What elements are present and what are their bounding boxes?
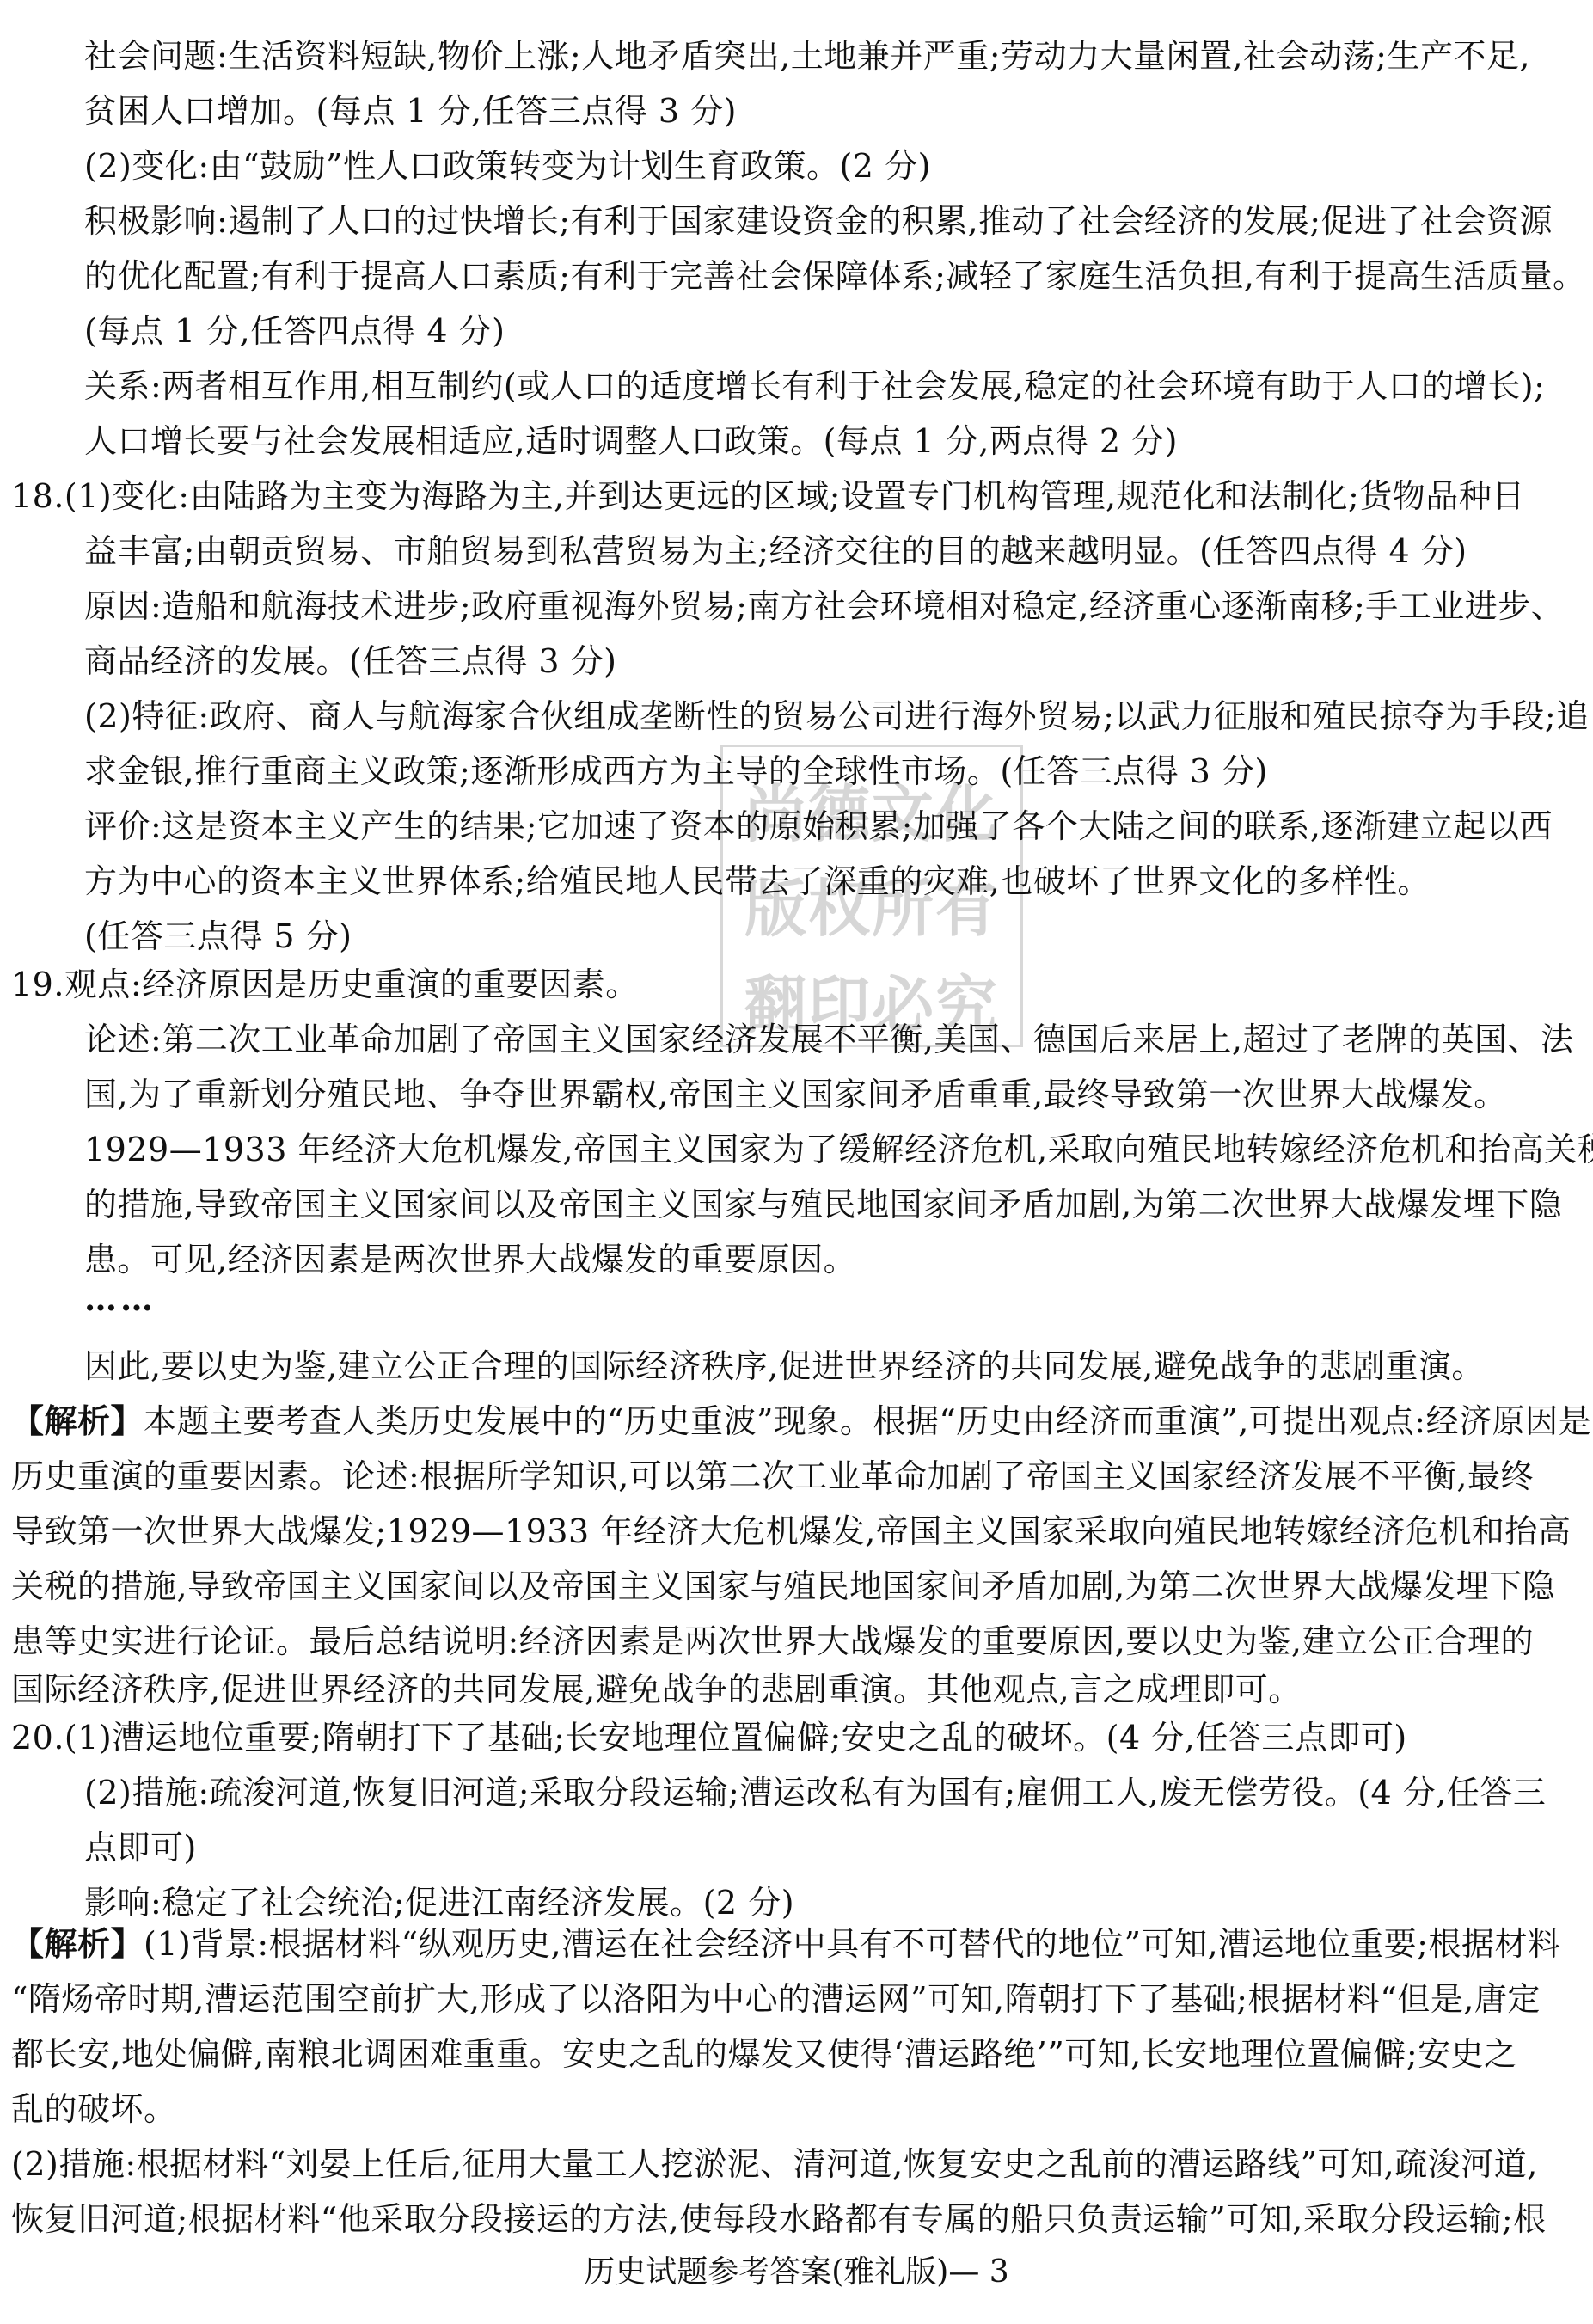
answer-line: 影响:稳定了社会统治;促进江南经济发展。(2 分): [84, 1881, 794, 1924]
answer-line: 乱的破坏。: [11, 2088, 177, 2131]
answer-line: 评价:这是资本主义产生的结果;它加速了资本的原始积累;加强了各个大陆之间的联系,…: [84, 805, 1553, 848]
answer-line: 点即可): [84, 1826, 197, 1869]
answer-line: 1929—1933 年经济大危机爆发,帝国主义国家为了缓解经济危机,采取向殖民地…: [84, 1128, 1593, 1171]
line-text: 商品经济的发展。(任答三点得 3 分): [84, 642, 617, 680]
answer-line: 都长安,地处偏僻,南粮北调困难重重。安史之乱的爆发又使得‘漕运路绝’”可知,长安…: [11, 2033, 1517, 2076]
answer-line: 18.(1)变化:由陆路为主变为海路为主,并到达更远的区域;设置专门机构管理,规…: [11, 475, 1525, 518]
line-text: 18.(1)变化:由陆路为主变为海路为主,并到达更远的区域;设置专门机构管理,规…: [11, 477, 1525, 515]
answer-line: (2)措施:根据材料“刘晏上任后,征用大量工人挖淤泥、清河道,恢复安史之乱前的漕…: [11, 2143, 1538, 2186]
line-text: 关系:两者相互作用,相互制约(或人口的适度增长有利于社会发展,稳定的社会环境有助…: [84, 367, 1545, 405]
line-text: 影响:稳定了社会统治;促进江南经济发展。(2 分): [84, 1884, 794, 1922]
line-text: (2)特征:政府、商人与航海家合伙组成垄断性的贸易公司进行海外贸易;以武力征服和…: [84, 697, 1590, 735]
line-text: 人口增长要与社会发展相适应,适时调整人口政策。(每点 1 分,两点得 2 分): [84, 422, 1178, 460]
answer-text-body: 社会问题:生活资料短缺,物价上涨;人地矛盾突出,土地兼并严重;劳动力大量闲置,社…: [0, 0, 1593, 2324]
line-text: 社会问题:生活资料短缺,物价上涨;人地矛盾突出,土地兼并严重;劳动力大量闲置,社…: [84, 37, 1530, 75]
line-text: 患等史实进行论证。最后总结说明:经济因素是两次世界大战爆发的重要原因,要以史为鉴…: [11, 1622, 1534, 1660]
analysis-tag: 【解析】: [11, 1401, 144, 1440]
line-text: 论述:第二次工业革命加剧了帝国主义国家经济发展不平衡,美国、德国后来居上,超过了…: [84, 1021, 1573, 1058]
answer-line: (2)措施:疏浚河道,恢复旧河道;采取分段运输;漕运改私有为国有;雇佣工人,废无…: [84, 1771, 1546, 1814]
answer-line: 益丰富;由朝贡贸易、市舶贸易到私营贸易为主;经济交往的目的越来越明显。(任答四点…: [84, 530, 1467, 573]
answer-line: 社会问题:生活资料短缺,物价上涨;人地矛盾突出,土地兼并严重;劳动力大量闲置,社…: [84, 34, 1530, 77]
answer-line: 关税的措施,导致帝国主义国家间以及帝国主义国家与殖民地国家间矛盾加剧,为第二次世…: [11, 1565, 1555, 1608]
line-text: 益丰富;由朝贡贸易、市舶贸易到私营贸易为主;经济交往的目的越来越明显。(任答四点…: [84, 532, 1467, 570]
answer-line: (任答三点得 5 分): [84, 915, 352, 958]
line-text: 都长安,地处偏僻,南粮北调困难重重。安史之乱的爆发又使得‘漕运路绝’”可知,长安…: [11, 2035, 1517, 2073]
answer-line: 19.观点:经济原因是历史重演的重要因素。: [11, 963, 639, 1006]
line-text: 国,为了重新划分殖民地、争夺世界霸权,帝国主义国家间矛盾重重,最终导致第一次世界…: [84, 1076, 1507, 1113]
answer-line: 关系:两者相互作用,相互制约(或人口的适度增长有利于社会发展,稳定的社会环境有助…: [84, 365, 1545, 408]
answer-line: 商品经济的发展。(任答三点得 3 分): [84, 640, 617, 683]
line-text: (2)变化:由“鼓励”性人口政策转变为计划生育政策。(2 分): [84, 147, 931, 185]
line-text: 导致第一次世界大战爆发;1929—1933 年经济大危机爆发,帝国主义国家采取向…: [11, 1512, 1571, 1550]
line-text: 恢复旧河道;根据材料“他采取分段接运的方法,使每段水路都有专属的船只负责运输”可…: [11, 2200, 1547, 2238]
line-text: 积极影响:遏制了人口的过快增长;有利于国家建设资金的积累,推动了社会经济的发展;…: [84, 202, 1553, 240]
line-text: 原因:造船和航海技术进步;政府重视海外贸易;南方社会环境相对稳定,经济重心逐渐南…: [84, 587, 1564, 625]
answer-line: 恢复旧河道;根据材料“他采取分段接运的方法,使每段水路都有专属的船只负责运输”可…: [11, 2198, 1547, 2241]
line-text: 方为中心的资本主义世界体系;给殖民地人民带去了深重的灾难,也破坏了世界文化的多样…: [84, 862, 1431, 900]
answer-line: 国,为了重新划分殖民地、争夺世界霸权,帝国主义国家间矛盾重重,最终导致第一次世界…: [84, 1073, 1507, 1116]
answer-line: 积极影响:遏制了人口的过快增长;有利于国家建设资金的积累,推动了社会经济的发展;…: [84, 199, 1553, 242]
line-text: 本题主要考查人类历史发展中的“历史重波”现象。根据“历史由经济而重演”,可提出观…: [144, 1402, 1591, 1440]
line-text: 20.(1)漕运地位重要;隋朝打下了基础;长安地理位置偏僻;安史之乱的破坏。(4…: [11, 1719, 1407, 1757]
answer-line: (2)变化:由“鼓励”性人口政策转变为计划生育政策。(2 分): [84, 144, 931, 187]
answer-line: 患等史实进行论证。最后总结说明:经济因素是两次世界大战爆发的重要原因,要以史为鉴…: [11, 1620, 1534, 1663]
ellipsis-mark: ……: [84, 1279, 156, 1318]
line-text: 贫困人口增加。(每点 1 分,任答三点得 3 分): [84, 92, 737, 130]
line-text: 患。可见,经济因素是两次世界大战爆发的重要原因。: [84, 1241, 856, 1279]
answer-line: ……: [84, 1278, 156, 1321]
answer-line: 导致第一次世界大战爆发;1929—1933 年经济大危机爆发,帝国主义国家采取向…: [11, 1510, 1571, 1553]
answer-line: 国际经济秩序,促进世界经济的共同发展,避免战争的悲剧重演。其他观点,言之成理即可…: [11, 1668, 1302, 1711]
line-text: (任答三点得 5 分): [84, 917, 352, 955]
answer-line: 历史重演的重要因素。论述:根据所学知识,可以第二次工业革命加剧了帝国主义国家经济…: [11, 1455, 1534, 1498]
answer-line: 论述:第二次工业革命加剧了帝国主义国家经济发展不平衡,美国、德国后来居上,超过了…: [84, 1018, 1573, 1061]
answer-line: 因此,要以史为鉴,建立公正合理的国际经济秩序,促进世界经济的共同发展,避免战争的…: [84, 1345, 1485, 1388]
answer-line: 20.(1)漕运地位重要;隋朝打下了基础;长安地理位置偏僻;安史之乱的破坏。(4…: [11, 1716, 1407, 1759]
answer-line: 原因:造船和航海技术进步;政府重视海外贸易;南方社会环境相对稳定,经济重心逐渐南…: [84, 585, 1564, 628]
analysis-paragraph-line: 【解析】(1)背景:根据材料“纵观历史,漕运在社会经济中具有不可替代的地位”可知…: [11, 1922, 1560, 1965]
line-text: 国际经济秩序,促进世界经济的共同发展,避免战争的悲剧重演。其他观点,言之成理即可…: [11, 1671, 1302, 1708]
line-text: 点即可): [84, 1829, 197, 1867]
answer-line: (2)特征:政府、商人与航海家合伙组成垄断性的贸易公司进行海外贸易;以武力征服和…: [84, 695, 1590, 738]
answer-line: 的措施,导致帝国主义国家间以及帝国主义国家与殖民地国家间矛盾加剧,为第二次世界大…: [84, 1183, 1562, 1226]
line-text: 的优化配置;有利于提高人口素质;有利于完善社会保障体系;减轻了家庭生活负担,有利…: [84, 257, 1586, 295]
analysis-paragraph-line: 【解析】本题主要考查人类历史发展中的“历史重波”现象。根据“历史由经济而重演”,…: [11, 1400, 1591, 1443]
line-text: 1929—1933 年经济大危机爆发,帝国主义国家为了缓解经济危机,采取向殖民地…: [84, 1131, 1593, 1168]
line-text: (1)背景:根据材料“纵观历史,漕运在社会经济中具有不可替代的地位”可知,漕运地…: [144, 1925, 1560, 1963]
answer-line: 人口增长要与社会发展相适应,适时调整人口政策。(每点 1 分,两点得 2 分): [84, 420, 1178, 463]
line-text: 历史重演的重要因素。论述:根据所学知识,可以第二次工业革命加剧了帝国主义国家经济…: [11, 1457, 1534, 1495]
answer-line: “隋炀帝时期,漕运范围空前扩大,形成了以洛阳为中心的漕运网”可知,隋朝打下了基础…: [11, 1978, 1541, 2020]
answer-line: 贫困人口增加。(每点 1 分,任答三点得 3 分): [84, 89, 737, 132]
line-text: 求金银,推行重商主义政策;逐渐形成西方为主导的全球性市场。(任答三点得 3 分): [84, 752, 1268, 790]
answer-line: 方为中心的资本主义世界体系;给殖民地人民带去了深重的灾难,也破坏了世界文化的多样…: [84, 860, 1431, 903]
line-text: 因此,要以史为鉴,建立公正合理的国际经济秩序,促进世界经济的共同发展,避免战争的…: [84, 1347, 1485, 1385]
line-text: (2)措施:疏浚河道,恢复旧河道;采取分段运输;漕运改私有为国有;雇佣工人,废无…: [84, 1774, 1546, 1812]
answer-line: 患。可见,经济因素是两次世界大战爆发的重要原因。: [84, 1238, 856, 1281]
line-text: (每点 1 分,任答四点得 4 分): [84, 312, 505, 350]
line-text: 的措施,导致帝国主义国家间以及帝国主义国家与殖民地国家间矛盾加剧,为第二次世界大…: [84, 1186, 1562, 1223]
line-text: 乱的破坏。: [11, 2090, 177, 2128]
line-text: 19.观点:经济原因是历史重演的重要因素。: [11, 966, 639, 1003]
answer-line: 求金银,推行重商主义政策;逐渐形成西方为主导的全球性市场。(任答三点得 3 分): [84, 750, 1268, 793]
line-text: 评价:这是资本主义产生的结果;它加速了资本的原始积累;加强了各个大陆之间的联系,…: [84, 807, 1553, 845]
analysis-tag: 【解析】: [11, 1924, 144, 1963]
answer-key-page: 尚德文化 版权所有 翻印必究 社会问题:生活资料短缺,物价上涨;人地矛盾突出,土…: [0, 0, 1593, 2324]
line-text: 关税的措施,导致帝国主义国家间以及帝国主义国家与殖民地国家间矛盾加剧,为第二次世…: [11, 1567, 1555, 1605]
line-text: (2)措施:根据材料“刘晏上任后,征用大量工人挖淤泥、清河道,恢复安史之乱前的漕…: [11, 2145, 1538, 2183]
answer-line: 的优化配置;有利于提高人口素质;有利于完善社会保障体系;减轻了家庭生活负担,有利…: [84, 254, 1586, 297]
answer-line: (每点 1 分,任答四点得 4 分): [84, 310, 505, 353]
line-text: “隋炀帝时期,漕运范围空前扩大,形成了以洛阳为中心的漕运网”可知,隋朝打下了基础…: [11, 1980, 1541, 2018]
